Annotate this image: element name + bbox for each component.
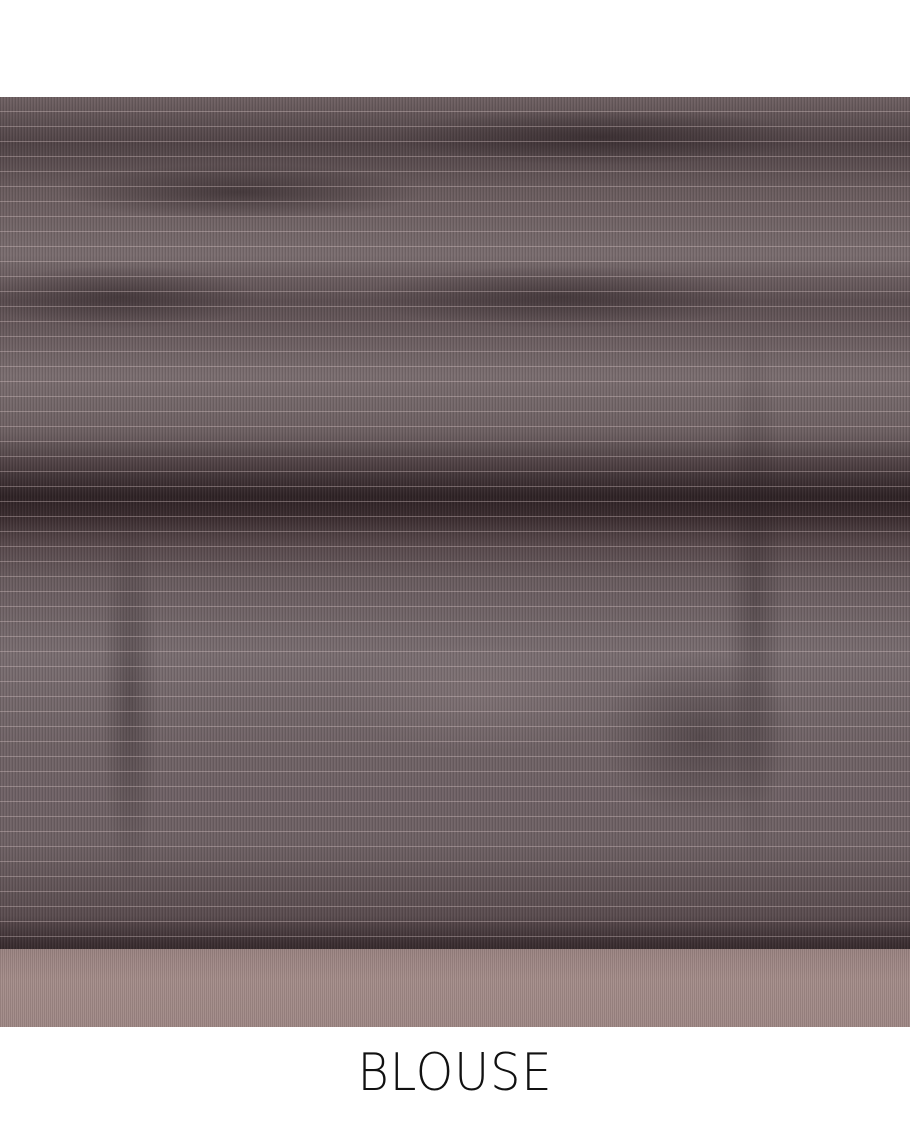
fabric-plain-border bbox=[0, 949, 910, 1027]
fabric-metallic-stripes bbox=[0, 97, 910, 937]
product-caption: BLOUSE bbox=[36, 1043, 873, 1103]
product-fabric-image bbox=[0, 97, 910, 1027]
